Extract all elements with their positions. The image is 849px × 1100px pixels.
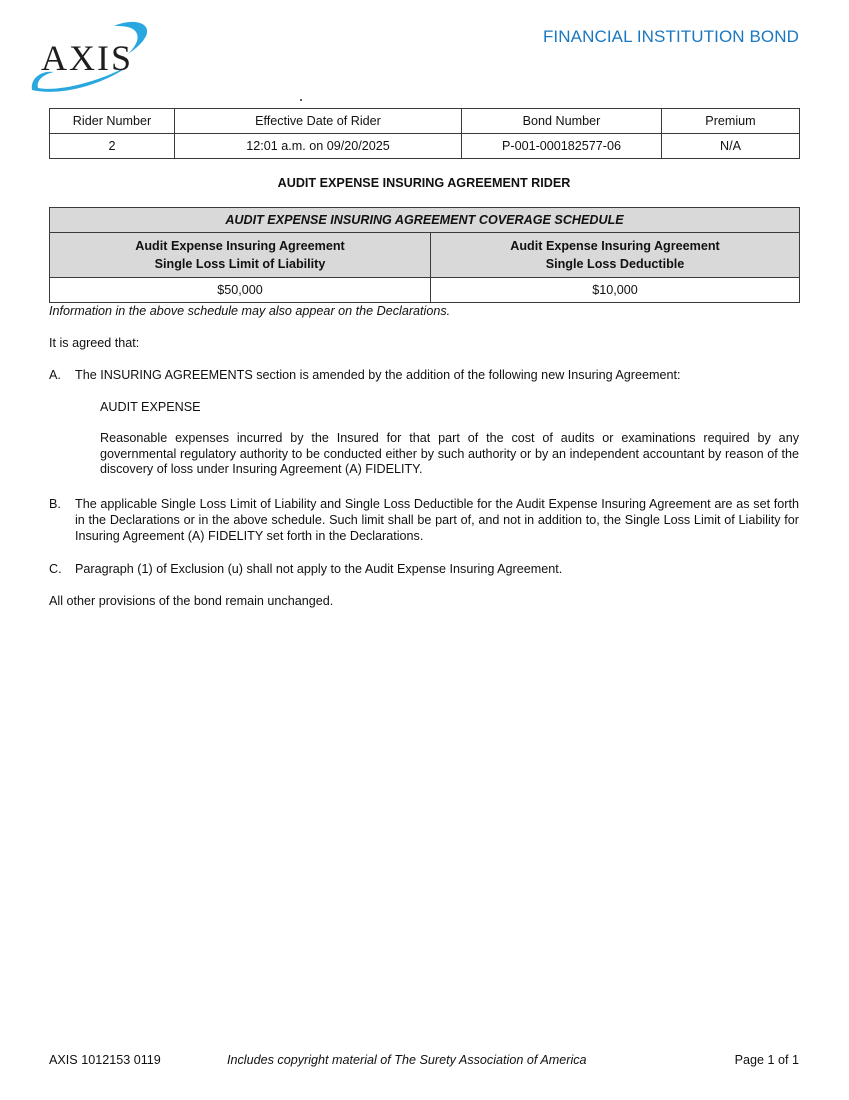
form-number: AXIS 1012153 0119 bbox=[49, 1053, 161, 1067]
schedule-note: Information in the above schedule may al… bbox=[49, 304, 450, 318]
audit-expense-paragraph: Reasonable expenses incurred by the Insu… bbox=[100, 431, 799, 478]
coverage-schedule-table: AUDIT EXPENSE INSURING AGREEMENT COVERAG… bbox=[49, 207, 800, 303]
closing-text: All other provisions of the bond remain … bbox=[49, 594, 799, 609]
item-c: C. Paragraph (1) of Exclusion (u) shall … bbox=[49, 562, 799, 578]
rider-info-table: Rider Number Effective Date of Rider Bon… bbox=[49, 108, 800, 159]
audit-expense-heading: AUDIT EXPENSE bbox=[100, 400, 799, 416]
intro-text: It is agreed that: bbox=[49, 336, 799, 351]
rider-number-header: Rider Number bbox=[50, 109, 175, 134]
document-type-heading: FINANCIAL INSTITUTION BOND bbox=[543, 27, 799, 47]
rider-number-value: 2 bbox=[50, 134, 175, 159]
rider-table-header-row: Rider Number Effective Date of Rider Bon… bbox=[50, 109, 800, 134]
limit-header-line2: Single Loss Limit of Liability bbox=[50, 255, 430, 273]
limit-header-line1: Audit Expense Insuring Agreement bbox=[50, 237, 430, 255]
copyright-notice: Includes copyright material of The Suret… bbox=[227, 1053, 587, 1067]
rider-title: AUDIT EXPENSE INSURING AGREEMENT RIDER bbox=[49, 176, 799, 190]
axis-logo-icon: AXIS bbox=[28, 20, 150, 96]
schedule-value-row: $50,000 $10,000 bbox=[50, 278, 800, 303]
bond-number-value: P-001-000182577-06 bbox=[462, 134, 662, 159]
deductible-header-line2: Single Loss Deductible bbox=[431, 255, 799, 273]
item-b: B. The applicable Single Loss Limit of L… bbox=[49, 497, 799, 544]
limit-of-liability-value: $50,000 bbox=[50, 278, 431, 303]
deductible-value: $10,000 bbox=[431, 278, 800, 303]
item-c-text: Paragraph (1) of Exclusion (u) shall not… bbox=[75, 562, 799, 578]
svg-text:AXIS: AXIS bbox=[41, 38, 133, 78]
stray-mark bbox=[300, 99, 302, 101]
limit-of-liability-header: Audit Expense Insuring Agreement Single … bbox=[50, 233, 431, 278]
rider-table-value-row: 2 12:01 a.m. on 09/20/2025 P-001-0001825… bbox=[50, 134, 800, 159]
effective-date-value: 12:01 a.m. on 09/20/2025 bbox=[175, 134, 462, 159]
deductible-header-line1: Audit Expense Insuring Agreement bbox=[431, 237, 799, 255]
bond-number-header: Bond Number bbox=[462, 109, 662, 134]
item-a: A. The INSURING AGREEMENTS section is am… bbox=[49, 368, 799, 384]
item-c-marker: C. bbox=[49, 562, 62, 578]
item-a-text: The INSURING AGREEMENTS section is amend… bbox=[75, 368, 799, 384]
schedule-title-row: AUDIT EXPENSE INSURING AGREEMENT COVERAG… bbox=[50, 208, 800, 233]
item-b-text: The applicable Single Loss Limit of Liab… bbox=[75, 497, 799, 544]
premium-value: N/A bbox=[662, 134, 800, 159]
page-indicator: Page 1 of 1 bbox=[735, 1053, 799, 1067]
item-b-marker: B. bbox=[49, 497, 61, 513]
deductible-header: Audit Expense Insuring Agreement Single … bbox=[431, 233, 800, 278]
audit-expense-text: Reasonable expenses incurred by the Insu… bbox=[100, 431, 799, 478]
schedule-title: AUDIT EXPENSE INSURING AGREEMENT COVERAG… bbox=[50, 208, 800, 233]
effective-date-header: Effective Date of Rider bbox=[175, 109, 462, 134]
schedule-header-row: Audit Expense Insuring Agreement Single … bbox=[50, 233, 800, 278]
item-a-marker: A. bbox=[49, 368, 61, 384]
premium-header: Premium bbox=[662, 109, 800, 134]
axis-logo: AXIS bbox=[28, 20, 150, 96]
